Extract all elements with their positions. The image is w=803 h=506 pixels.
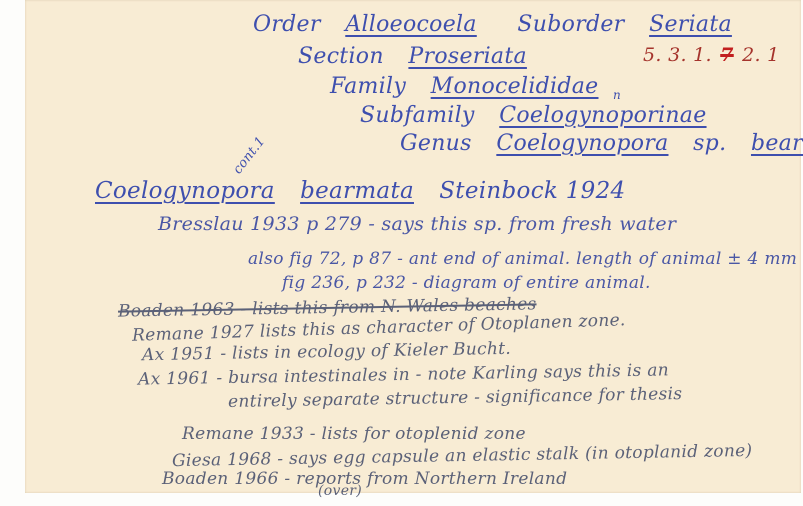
note-boaden-1966: Boaden 1966 - reports from Northern Irel… xyxy=(162,469,567,489)
continuation-note: cont.1 xyxy=(230,134,268,177)
species-title: Coelogynopora bearmata Steinbock 1924 xyxy=(95,178,625,204)
title-genus: Coelogynopora xyxy=(95,178,275,204)
note-bresslau-1933: Bresslau 1933 p 279 - says this sp. from… xyxy=(158,213,676,235)
section-line: Section Proseriata xyxy=(298,44,527,69)
scanned-index-card-page: Order Alloeocoela Suborder Seriata Secti… xyxy=(0,0,803,506)
title-authority: Steinbock 1924 xyxy=(439,178,625,204)
genus-value: Coelogynopora xyxy=(496,131,668,156)
catalog-number: 5. 3. 1. 7 2. 1 xyxy=(643,44,780,66)
section-value: Proseriata xyxy=(408,44,527,69)
note-remane-1933: Remane 1933 - lists for otoplenid zone xyxy=(182,424,526,444)
family-line: Family Monocelididae xyxy=(330,74,599,99)
note-fig-236: fig 236, p 232 - diagram of entire anima… xyxy=(282,273,651,293)
family-label: Family xyxy=(330,74,406,99)
species-value: bearmata xyxy=(751,131,803,156)
order-label: Order xyxy=(253,12,321,37)
over-note: (over) xyxy=(318,483,362,499)
catalog-tail: 2. 1 xyxy=(742,44,779,66)
order-line: Order Alloeocoela Suborder Seriata xyxy=(253,12,732,37)
title-species: bearmata xyxy=(300,178,414,204)
note-giesa-1968: Giesa 1968 - says egg capsule an elastic… xyxy=(172,441,753,471)
index-card: Order Alloeocoela Suborder Seriata Secti… xyxy=(25,0,801,493)
order-value: Alloeocoela xyxy=(345,12,477,37)
species-prefix: sp. xyxy=(693,131,726,156)
note-also-fig: also fig 72, p 87 - ant end of animal. l… xyxy=(248,249,797,269)
catalog-struck-digit: 7 xyxy=(718,44,736,66)
genus-line: Genus Coelogynopora sp. bearmata xyxy=(400,131,803,156)
family-value: Monocelididae xyxy=(431,74,599,99)
genus-label: Genus xyxy=(400,131,472,156)
subfamily-value: Coelogynoporinae xyxy=(499,103,706,128)
subfamily-insertion: n xyxy=(613,88,621,102)
subfamily-label: Subfamily xyxy=(360,103,475,128)
subfamily-line: Subfamily Coelogynoporinae xyxy=(360,103,707,128)
suborder-value: Seriata xyxy=(649,12,732,37)
catalog-lead: 5. 3. 1. xyxy=(643,44,712,66)
note-ax-1961-continued: entirely separate structure - significan… xyxy=(228,384,683,412)
section-label: Section xyxy=(298,44,384,69)
suborder-label: Suborder xyxy=(517,12,624,37)
